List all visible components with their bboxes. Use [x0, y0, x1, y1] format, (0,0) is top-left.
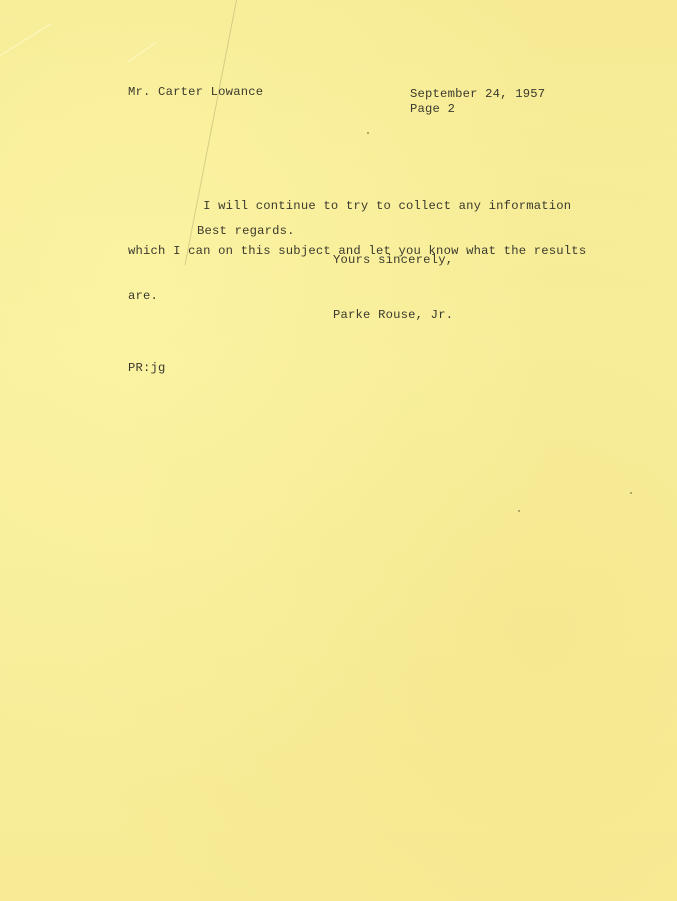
letter-page: Mr. Carter Lowance September 24, 1957 Pa… [0, 0, 677, 901]
recipient-name: Mr. Carter Lowance [128, 85, 263, 100]
closing-line: Best regards. [197, 224, 295, 239]
body-line: are. [128, 289, 586, 304]
reference-initials: PR:jg [128, 361, 166, 376]
paper-speck [518, 510, 520, 512]
signoff: Yours sincerely, [333, 253, 453, 268]
paper-speck [367, 132, 369, 134]
paper-crease [0, 23, 51, 56]
paper-crease [127, 42, 156, 63]
body-line: I will continue to try to collect any in… [128, 199, 586, 214]
paper-speck [630, 492, 632, 494]
signature-name: Parke Rouse, Jr. [333, 308, 453, 323]
letter-date: September 24, 1957 [410, 87, 545, 102]
page-number: Page 2 [410, 102, 455, 117]
